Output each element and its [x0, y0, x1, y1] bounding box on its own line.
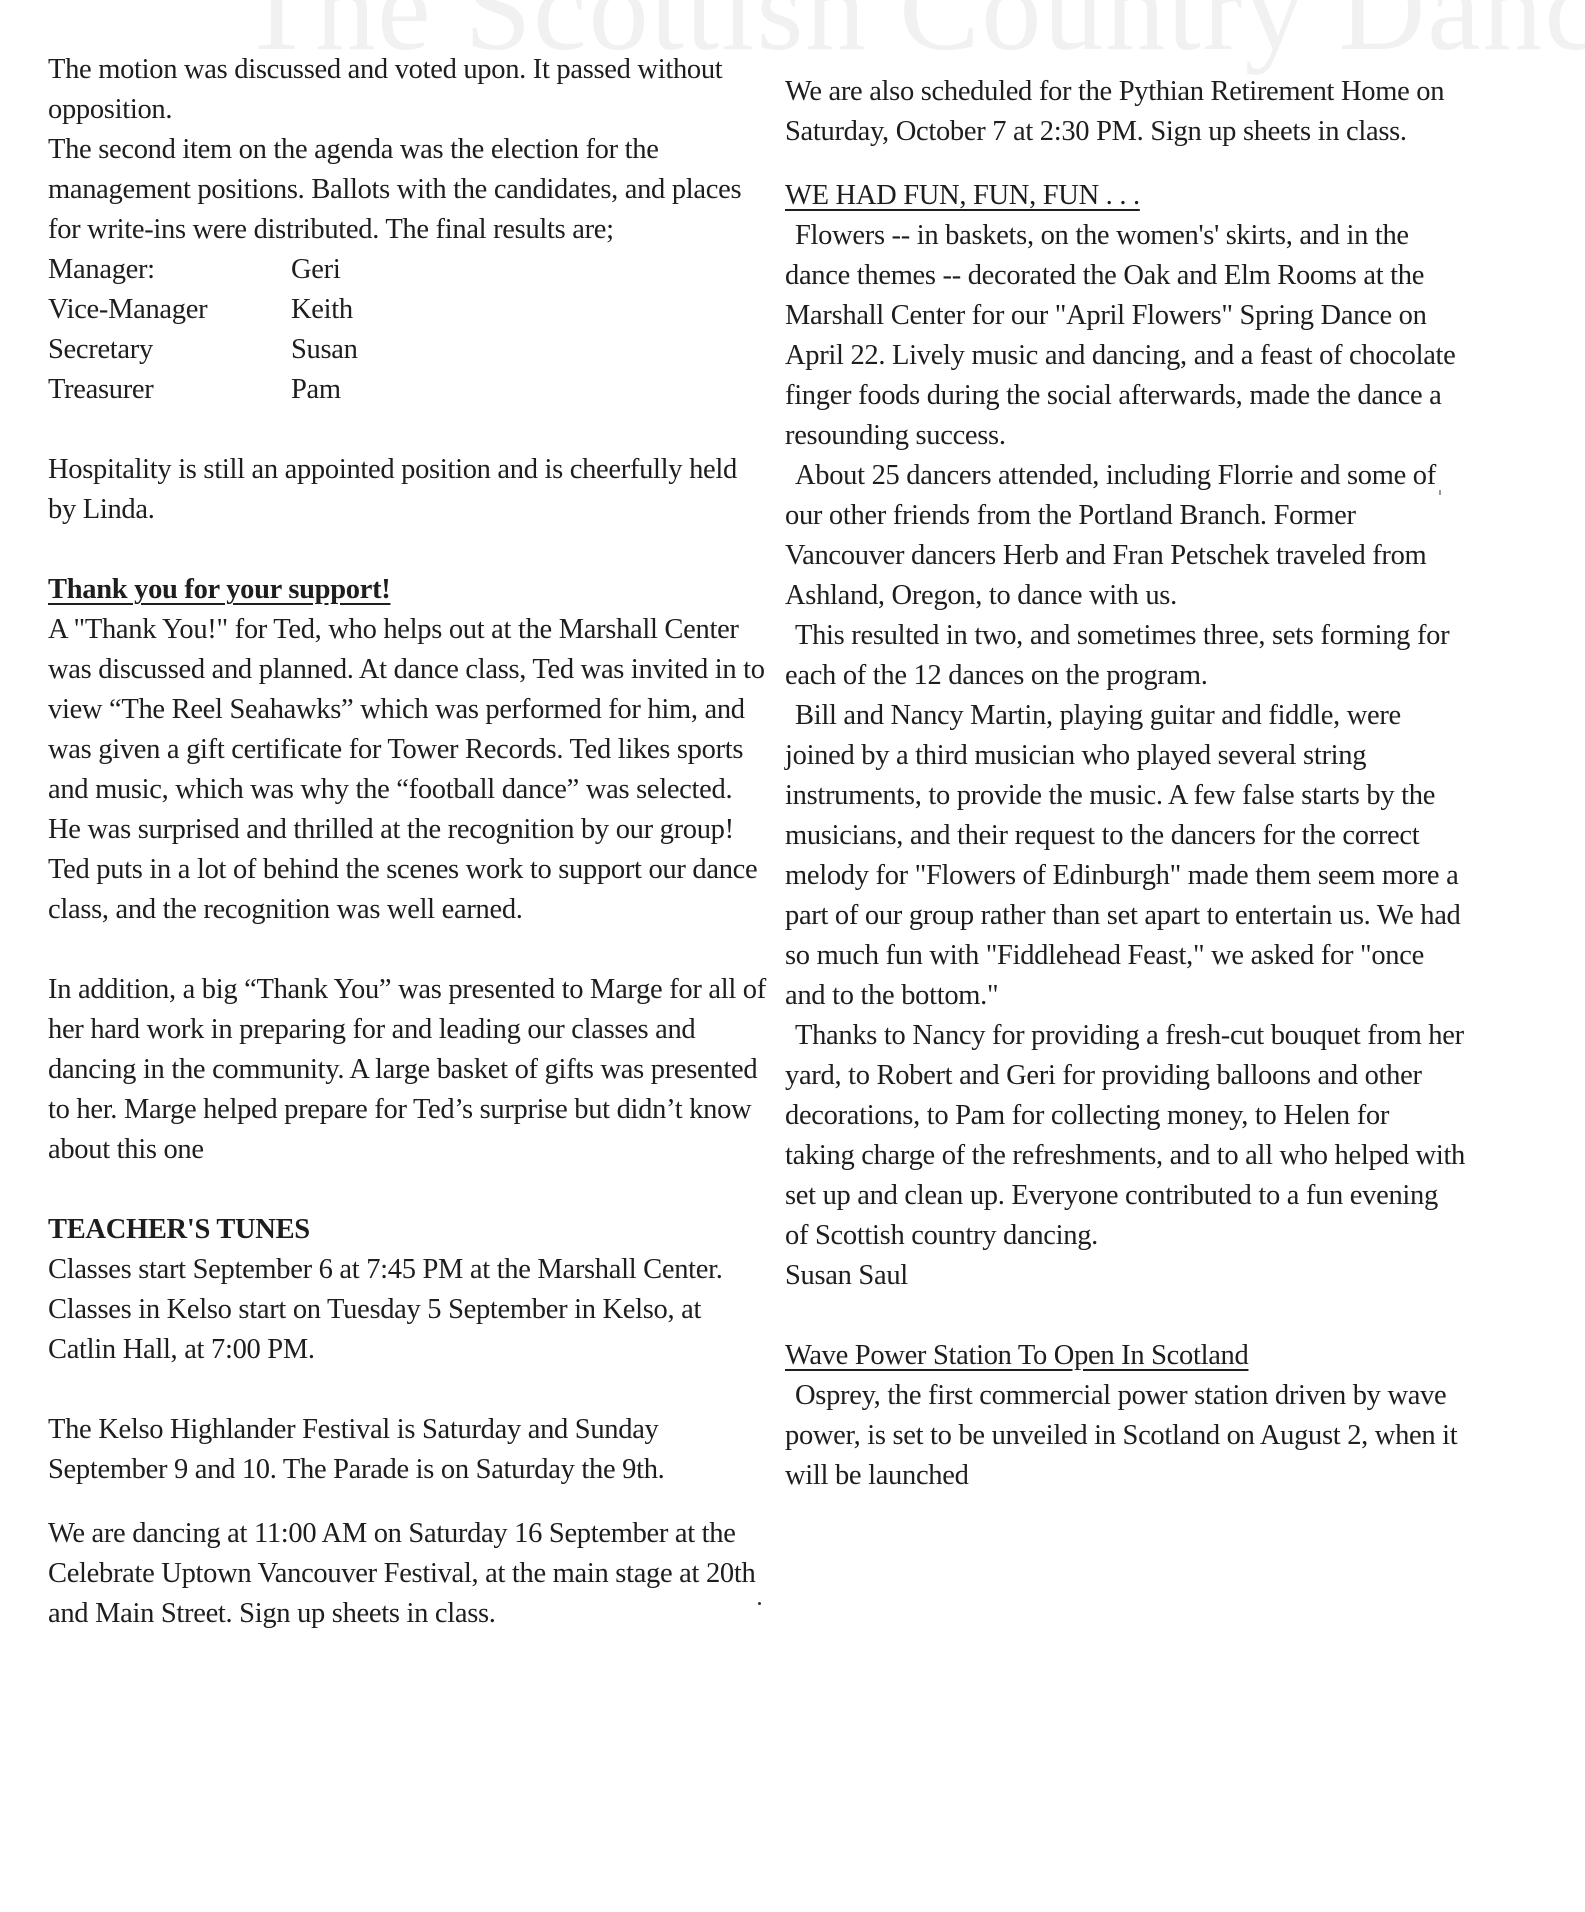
officer-role: Secretary [48, 330, 291, 370]
spacer [48, 1170, 768, 1210]
thank-you-heading: Thank you for your support! [48, 570, 768, 610]
motion-paragraph: The motion was discussed and voted upon.… [48, 50, 768, 130]
kelso-festival-paragraph: The Kelso Highlander Festival is Saturda… [48, 1410, 768, 1490]
musicians-paragraph: Bill and Nancy Martin, playing guitar an… [785, 696, 1465, 1016]
spacer [48, 530, 768, 570]
officer-role: Manager: [48, 250, 291, 290]
pythian-paragraph: We are also scheduled for the Pythian Re… [785, 72, 1465, 152]
thank-you-marge-paragraph: In addition, a big “Thank You” was prese… [48, 970, 768, 1170]
officer-row: Secretary Susan [48, 330, 358, 370]
officer-name: Geri [291, 250, 358, 290]
right-column: We are also scheduled for the Pythian Re… [785, 72, 1465, 1496]
spacer [785, 1296, 1465, 1336]
officer-row: Vice-Manager Keith [48, 290, 358, 330]
officer-role: Treasurer [48, 370, 291, 410]
attendance-paragraph: About 25 dancers attended, including Flo… [785, 456, 1465, 616]
left-column: The motion was discussed and voted upon.… [48, 50, 768, 1634]
thank-you-ted-paragraph: A "Thank You!" for Ted, who helps out at… [48, 610, 768, 930]
classes-start-paragraph: Classes start September 6 at 7:45 PM at … [48, 1250, 768, 1370]
spacer [48, 930, 768, 970]
spacer [785, 152, 1465, 176]
officer-name: Pam [291, 370, 358, 410]
uptown-festival-paragraph: We are dancing at 11:00 AM on Saturday 1… [48, 1514, 768, 1634]
sets-paragraph: This resulted in two, and sometimes thre… [785, 616, 1465, 696]
officer-name: Susan [291, 330, 358, 370]
thanks-paragraph: Thanks to Nancy for providing a fresh-cu… [785, 1016, 1465, 1256]
officer-role: Vice-Manager [48, 290, 291, 330]
wave-power-heading: Wave Power Station To Open In Scotland [785, 1336, 1465, 1376]
teachers-tunes-heading: TEACHER'S TUNES [48, 1210, 768, 1250]
hospitality-paragraph: Hospitality is still an appointed positi… [48, 450, 768, 530]
officer-name: Keith [291, 290, 358, 330]
spring-dance-paragraph: Flowers -- in baskets, on the women's' s… [785, 216, 1465, 456]
officer-row: Manager: Geri [48, 250, 358, 290]
spacer [48, 1370, 768, 1410]
election-paragraph: The second item on the agenda was the el… [48, 130, 768, 250]
wave-power-paragraph: Osprey, the first commercial power stati… [785, 1376, 1465, 1496]
spacer [48, 410, 768, 450]
officer-row: Treasurer Pam [48, 370, 358, 410]
spacer [48, 1490, 768, 1514]
election-results-table: Manager: Geri Vice-Manager Keith Secreta… [48, 250, 358, 410]
fun-heading: WE HAD FUN, FUN, FUN . . . [785, 176, 1465, 216]
author-signature: Susan Saul [785, 1256, 1465, 1296]
